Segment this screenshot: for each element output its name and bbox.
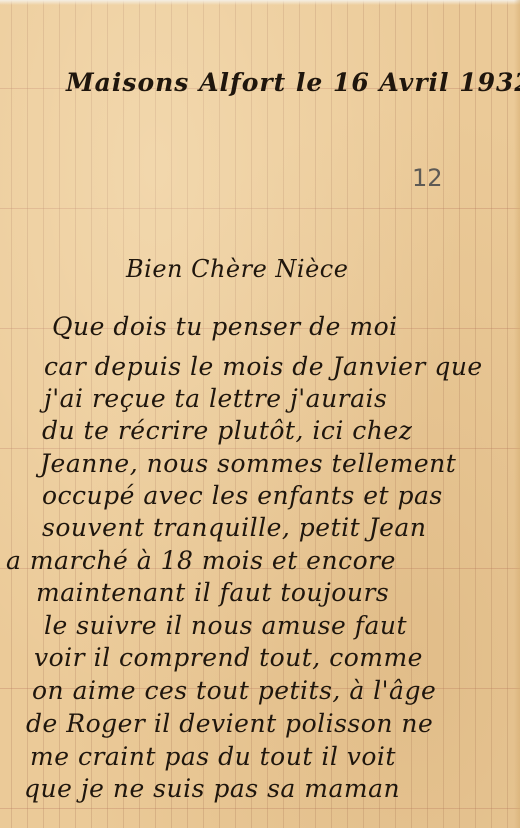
- body-line: Jeanne, nous sommes tellement: [40, 449, 456, 478]
- body-line: me craint pas du tout il voit: [30, 742, 396, 771]
- salutation: Bien Chère Nièce: [126, 255, 348, 283]
- body-line: occupé avec les enfants et pas: [42, 481, 443, 510]
- body-line: on aime ces tout petits, à l'âge: [32, 676, 436, 705]
- body-line: car depuis le mois de Janvier que: [44, 352, 483, 381]
- body-line: voir il comprend tout, comme: [34, 643, 423, 672]
- body-line: du te récrire plutôt, ici chez: [42, 416, 412, 445]
- body-line: maintenant il faut toujours: [36, 578, 389, 607]
- body-line: de Roger il devient polisson ne: [26, 709, 433, 738]
- body-line: que je ne suis pas sa maman: [24, 774, 400, 803]
- body-line: Que dois tu penser de moi: [52, 312, 398, 341]
- body-line: souvent tranquille, petit Jean: [42, 513, 426, 542]
- paper-right-edge: [514, 0, 520, 828]
- torn-top-edge: [0, 0, 520, 5]
- page-number: 12: [412, 164, 443, 192]
- letter-page: Maisons Alfort le 16 Avril 1932 12 Bien …: [0, 0, 520, 828]
- body-line: j'ai reçue ta lettre j'aurais: [44, 384, 387, 413]
- body-line: a marché à 18 mois et encore: [6, 546, 396, 575]
- body-line: le suivre il nous amuse faut: [44, 611, 407, 640]
- place-date-header: Maisons Alfort le 16 Avril 1932: [66, 68, 520, 97]
